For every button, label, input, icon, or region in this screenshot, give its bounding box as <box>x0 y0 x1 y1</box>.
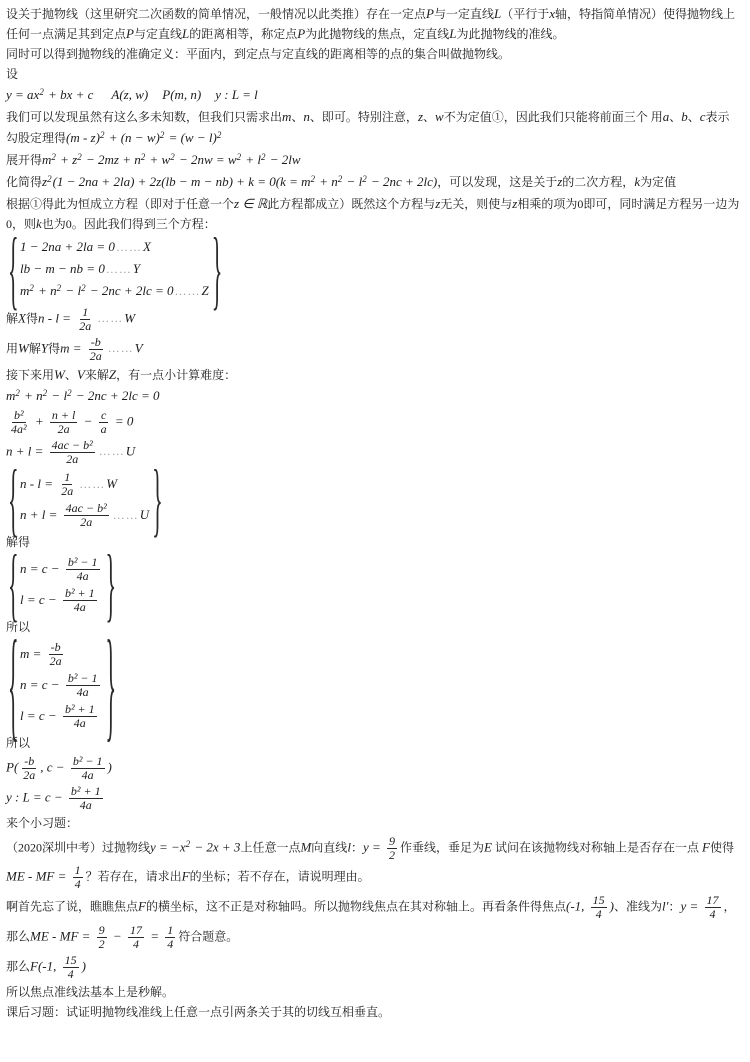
math-run: − <box>80 413 95 428</box>
superscript: 2 <box>39 87 44 97</box>
fraction: 174 <box>128 924 144 951</box>
equation-row: l = c − b² + 14a <box>20 702 103 731</box>
fraction: b² + 14a <box>69 785 103 812</box>
math-run: V <box>77 367 85 382</box>
text-run: 解 <box>29 341 41 355</box>
math-run: m = <box>20 646 45 661</box>
equation-system: {1 − 2na + 2la = 0……Xlb − m − nb = 0……Ym… <box>8 236 221 303</box>
fraction: b² − 14a <box>66 672 100 699</box>
fraction-denominator: 2a <box>56 423 72 436</box>
superscript: 2 <box>362 174 367 184</box>
text-run: 设关于抛物线（这里研究二次函数的简单情况，一般情况以此类推）存在一定点 <box>6 7 426 21</box>
formula-line: y : L = c − b² + 14a <box>6 784 744 813</box>
text-run: ，有一点小计算难度： <box>116 368 236 382</box>
superscript: 2 <box>77 152 82 162</box>
fraction-denominator: 2a <box>21 769 37 782</box>
math-run: + l <box>242 152 261 167</box>
math-run: n = c − <box>20 677 63 692</box>
math-run: ) <box>108 759 112 774</box>
brace-right-icon: } <box>212 225 221 314</box>
formula-line: m2 + n2 − l2 − 2nc + 2lc = 0 <box>6 386 744 407</box>
math-run: W <box>18 340 29 355</box>
fraction-denominator: 4a <box>78 799 94 812</box>
fraction: b²4a² <box>9 409 29 436</box>
equation-row: n + l = 4ac − b²2a……U <box>20 501 149 530</box>
paragraph: 我们可以发现虽然有这么多未知数，但我们只需求出m、n、即可。特别注意，z、w不为… <box>6 107 744 127</box>
ellipsis-dots: …… <box>106 262 132 276</box>
math-run: ME - MF = <box>30 928 94 943</box>
math-run: Z <box>109 367 116 382</box>
math-run: y = <box>363 839 384 854</box>
fraction-numerator: b² + 1 <box>63 587 97 601</box>
equation-row: m2 + n2 − l2 − 2nc + 2lc = 0……Z <box>20 281 209 302</box>
equation-system: {n - l = 12a……Wn + l = 4ac − b²2a……U} <box>8 469 161 531</box>
text-run: ，可以发现，这是关于 <box>437 175 557 189</box>
text-run: 化简得 <box>6 175 42 189</box>
text-run: ？若存在，请求出 <box>86 869 182 883</box>
equation-row: m = -b2a <box>20 640 103 669</box>
math-run: − 2nc + 2lc) <box>368 174 438 189</box>
fraction-denominator: 4a <box>72 717 88 730</box>
fraction-denominator: 4a² <box>9 423 29 436</box>
math-run: − l <box>48 388 67 403</box>
math-run: (-1, <box>566 898 588 913</box>
math-run: m = <box>60 340 85 355</box>
text-run: 与一定直线 <box>434 7 494 21</box>
fraction-numerator: n + l <box>50 409 77 423</box>
math-run: F(-1, <box>30 958 60 973</box>
formula-line: 用W解Y得m = -b2a……V <box>6 335 744 364</box>
math-run: − 2nc + 2lc = 0 <box>73 388 160 403</box>
text-run: 勾股定理得 <box>6 131 66 145</box>
superscript: 2 <box>170 152 175 162</box>
equation-row: lb − m − nb = 0……Y <box>20 259 209 279</box>
fraction-denominator: 4 <box>594 908 604 921</box>
superscript: 2 <box>67 388 72 398</box>
text-run: 、即可。特别注意， <box>310 110 418 124</box>
math-run: P <box>126 26 134 41</box>
math-run: y = ax <box>6 87 39 102</box>
formula-line: y = ax2 + bx + cA(z, w)P(m, n)y : L = l <box>6 85 744 106</box>
fraction-denominator: 2 <box>387 849 397 862</box>
brace-right-icon: } <box>106 624 115 748</box>
fraction-denominator: 4a <box>75 570 91 583</box>
superscript: 2 <box>43 388 48 398</box>
fraction: b² − 14a <box>66 556 100 583</box>
fraction: 14 <box>165 924 175 951</box>
superscript: 2 <box>15 388 20 398</box>
text-run: 那么 <box>6 959 30 973</box>
fraction-denominator: 2 <box>97 938 107 951</box>
text-run: 得 <box>26 311 38 325</box>
ellipsis-dots: …… <box>97 311 123 325</box>
equation-system: {m = -b2an = c − b² − 14al = c − b² + 14… <box>8 639 115 732</box>
fraction-numerator: 17 <box>705 894 721 908</box>
fraction-numerator: c <box>99 409 108 423</box>
text-run: 为此抛物线的准线。 <box>456 27 564 41</box>
math-run: n - l = <box>20 476 56 491</box>
fraction-denominator: 4 <box>131 938 141 951</box>
brace-right-icon: } <box>152 459 161 542</box>
math-run: + n <box>21 388 43 403</box>
fraction-denominator: 4a <box>80 769 96 782</box>
formula-line: 勾股定理得(m - z)2 + (n − w)2 = (w − l)2 <box>6 128 744 149</box>
formula-line: 解X得n - l = 12a……W <box>6 305 744 334</box>
fraction-numerator: 15 <box>591 894 607 908</box>
text-run: 同时可以得到抛物线的准确定义：平面内，到定点与定直线的距离相等的点的集合叫做抛物… <box>6 47 510 61</box>
ellipsis-dots: …… <box>108 341 134 355</box>
math-run: y = <box>681 898 702 913</box>
fraction-denominator: a <box>99 423 109 436</box>
ellipsis-dots: …… <box>99 444 125 458</box>
math-run: l = c − <box>20 708 60 723</box>
fraction: -b2a <box>88 336 104 363</box>
fraction-numerator: 4ac − b² <box>64 502 109 516</box>
superscript: 2 <box>160 130 165 140</box>
fraction: -b2a <box>21 755 37 782</box>
math-run: P <box>426 6 434 21</box>
superscript: 2 <box>261 152 266 162</box>
math-run: y = −x <box>150 839 186 854</box>
math-run: = 0 <box>112 413 134 428</box>
fraction-numerator: 9 <box>387 835 397 849</box>
math-run: l = c − <box>20 592 60 607</box>
paragraph: 设 <box>6 65 744 84</box>
math-run: Y <box>133 261 140 276</box>
fraction-denominator: 4a <box>75 686 91 699</box>
fraction-numerator: 17 <box>128 924 144 938</box>
math-run: − l <box>343 174 362 189</box>
text-run: 来解 <box>85 368 109 382</box>
brace-left-icon: { <box>8 225 17 314</box>
math-run: M <box>300 839 311 854</box>
superscript: 2 <box>51 152 56 162</box>
text-run: 的二次方程， <box>562 175 634 189</box>
formula-line: 展开得m2 + z2 − 2mz + n2 + w2 − 2nw = w2 + … <box>6 150 744 171</box>
paragraph: 那么ME - MF = 92 − 174 = 14符合题意。 <box>6 923 744 952</box>
text-run: 设 <box>6 67 18 81</box>
fraction-denominator: 4 <box>73 878 83 891</box>
fraction: 14 <box>73 864 83 891</box>
paragraph: 根据①得此为恒成立方程（即对于任意一个z ∈ ℝ此方程都成立）既然这个方程与z无… <box>6 194 744 234</box>
text-run: 无关，则使与 <box>440 197 512 211</box>
equation-row: 1 − 2na + 2la = 0……X <box>20 237 209 257</box>
fraction: 4ac − b²2a <box>64 502 109 529</box>
text-run: 、 <box>688 110 700 124</box>
superscript: 2 <box>237 152 242 162</box>
math-run: n + l = <box>20 507 61 522</box>
text-run: 得 <box>48 341 60 355</box>
fraction-numerator: b² − 1 <box>71 755 105 769</box>
equation-system: {n = c − b² − 14al = c − b² + 14a} <box>8 554 115 616</box>
math-run: − 2nw = w <box>176 152 237 167</box>
system-rows: m = -b2an = c − b² − 14al = c − b² + 14a <box>17 639 106 732</box>
fraction-numerator: 9 <box>97 924 107 938</box>
math-run: − 2nc + 2lc = 0 <box>87 283 174 298</box>
math-run: + <box>32 413 47 428</box>
equation-row: n = c − b² − 14a <box>20 671 103 700</box>
text-run: 此方程都成立）既然这个方程与 <box>267 197 435 211</box>
fraction-numerator: -b <box>22 755 36 769</box>
math-run: A(z, w) <box>111 87 148 102</box>
text-run: ： <box>668 899 680 913</box>
math-run: + n <box>35 283 57 298</box>
fraction-numerator: b² − 1 <box>66 672 100 686</box>
math-run: − 2x + 3 <box>191 839 240 854</box>
math-run: m <box>20 283 29 298</box>
fraction: -b2a <box>48 641 64 668</box>
math-run: − 2lw <box>266 152 300 167</box>
paragraph: 啊首先忘了说，瞧瞧焦点F的横坐标，这不正是对称轴吗。所以抛物线焦点在其对称轴上。… <box>6 893 744 922</box>
math-run: y : L = l <box>215 87 257 102</box>
text-run: 试问在该抛物线对称轴上是否存在一点 <box>492 840 702 854</box>
fraction-denominator: 4a <box>72 601 88 614</box>
text-run: 符合题意。 <box>178 929 238 943</box>
fraction-denominator: 4 <box>66 968 76 981</box>
fraction: 12a <box>59 471 75 498</box>
paragraph: 设关于抛物线（这里研究二次函数的简单情况，一般情况以此类推）存在一定点P与一定直… <box>6 4 744 44</box>
equation-row: n = c − b² − 14a <box>20 555 103 584</box>
system-rows: 1 − 2na + 2la = 0……Xlb − m − nb = 0……Ym2… <box>17 236 212 303</box>
math-run: P(m, n) <box>162 87 201 102</box>
superscript: 2 <box>141 152 146 162</box>
fraction-numerator: b² + 1 <box>63 703 97 717</box>
fraction: b² + 14a <box>63 587 97 614</box>
text-run: 接下来用 <box>6 368 54 382</box>
math-run: U <box>140 507 149 522</box>
superscript: 2 <box>29 283 34 293</box>
ellipsis-dots: …… <box>175 284 201 298</box>
math-run: + (n − w) <box>105 130 159 145</box>
math-run: F <box>182 868 190 883</box>
system-rows: n = c − b² − 14al = c − b² + 14a <box>17 554 106 616</box>
text-run: 向直线 <box>311 840 347 854</box>
math-run: ME - MF = <box>6 868 70 883</box>
formula-line: n + l = 4ac − b²2a……U <box>6 438 744 467</box>
fraction: n + l2a <box>50 409 77 436</box>
math-run: m <box>42 152 51 167</box>
fraction-numerator: b² − 1 <box>66 556 100 570</box>
brace-left-icon: { <box>8 459 17 542</box>
fraction-denominator: 2a <box>88 350 104 363</box>
formula-line: P(-b2a, c − b² − 14a) <box>6 754 744 783</box>
fraction: ca <box>99 409 109 436</box>
math-run: W <box>106 476 117 491</box>
text-run: 所以焦点准线法基本上是秒解。 <box>6 985 174 999</box>
math-run: y : L = c − <box>6 789 66 804</box>
fraction: b² − 14a <box>71 755 105 782</box>
fraction-numerator: b² <box>12 409 26 423</box>
math-run: − l <box>62 283 81 298</box>
text-run: 根据①得此为恒成立方程（即对于任意一个 <box>6 197 234 211</box>
paragraph: 课后习题：试证明抛物线准线上任意一点引两条关于其的切线互相垂直。 <box>6 1003 744 1022</box>
math-run: + w <box>146 152 170 167</box>
math-run: m <box>6 388 15 403</box>
math-run: n = c − <box>20 561 63 576</box>
superscript: 2 <box>338 174 343 184</box>
system-rows: n - l = 12a……Wn + l = 4ac − b²2a……U <box>17 469 152 531</box>
paragraph: 所以焦点准线法基本上是秒解。 <box>6 983 744 1002</box>
ellipsis-dots: …… <box>79 477 105 491</box>
math-run: X <box>18 310 26 325</box>
fraction: 174 <box>705 894 721 921</box>
paragraph: 那么F(-1, 154) <box>6 953 744 982</box>
math-run: 1 − 2na + 2la = 0 <box>20 239 115 254</box>
math-run: ) <box>82 958 86 973</box>
text-run: 也为0。因此我们得到三个方程： <box>42 217 216 231</box>
superscript: 2 <box>47 174 52 184</box>
math-run: U <box>126 443 135 458</box>
fraction-denominator: 2a <box>78 516 94 529</box>
math-run: W <box>124 310 135 325</box>
math-run: + n <box>316 174 338 189</box>
text-run: 上任意一点 <box>240 840 300 854</box>
math-run: m <box>282 109 291 124</box>
superscript: 2 <box>57 283 62 293</box>
fraction-numerator: 1 <box>165 924 175 938</box>
math-run: + z <box>57 152 77 167</box>
superscript: 2 <box>217 130 222 140</box>
math-run: Z <box>202 283 209 298</box>
fraction: 4ac − b²2a <box>50 439 95 466</box>
text-run: 使得 <box>710 840 734 854</box>
text-run: 、准线为 <box>614 899 662 913</box>
text-run: 为此抛物线的焦点，定直线 <box>305 27 449 41</box>
math-run: + bx + c <box>45 87 94 102</box>
math-run: P( <box>6 759 18 774</box>
paragraph: 解得 <box>6 533 744 552</box>
fraction: 92 <box>97 924 107 951</box>
text-run: ： <box>351 840 363 854</box>
paragraph: 同时可以得到抛物线的准确定义：平面内，到定点与定直线的距离相等的点的集合叫做抛物… <box>6 45 744 64</box>
fraction-denominator: 2a <box>59 485 75 498</box>
ellipsis-dots: …… <box>113 508 139 522</box>
text-run: 作垂线，垂足为 <box>400 840 484 854</box>
text-run: 用 <box>6 341 18 355</box>
math-run: − 2mz + n <box>83 152 141 167</box>
text-run: 为定值 <box>640 175 676 189</box>
paragraph: 所以 <box>6 734 744 753</box>
math-run: z ∈ ℝ <box>234 196 267 211</box>
math-run: V <box>135 340 143 355</box>
text-run: 、 <box>65 368 77 382</box>
fraction-numerator: -b <box>49 641 63 655</box>
brace-left-icon: { <box>8 624 17 748</box>
text-run: 我们可以发现虽然有这么多未知数，但我们只需求出 <box>6 110 282 124</box>
math-run: F <box>702 839 710 854</box>
fraction-denominator: 4 <box>165 938 175 951</box>
text-run: 的坐标；若不存在，请说明理由。 <box>190 869 370 883</box>
fraction-denominator: 2a <box>48 655 64 668</box>
superscript: 2 <box>311 174 316 184</box>
fraction-numerator: 1 <box>73 864 83 878</box>
formula-line: b²4a² + n + l2a − ca = 0 <box>6 408 744 437</box>
text-run: 与定直线 <box>134 27 182 41</box>
math-run: n - l = <box>38 310 74 325</box>
fraction: 154 <box>591 894 607 921</box>
text-run: 课后习题：试证明抛物线准线上任意一点引两条关于其的切线互相垂直。 <box>6 1005 390 1019</box>
fraction-numerator: 1 <box>62 471 72 485</box>
math-run: P <box>297 26 305 41</box>
document-page: 设关于抛物线（这里研究二次函数的简单情况，一般情况以此类推）存在一定点P与一定直… <box>0 0 750 1062</box>
math-run: = <box>147 928 162 943</box>
paragraph: 所以 <box>6 618 744 637</box>
math-run: − <box>110 928 125 943</box>
equation-row: l = c − b² + 14a <box>20 586 103 615</box>
text-run: 的横坐标，这不正是对称轴吗。所以抛物线焦点在其对称轴上。再看条件得焦点 <box>146 899 566 913</box>
formula-line: 化简得z2(1 − 2na + 2la) + 2z(lb − m − nb) +… <box>6 172 744 193</box>
text-run: 、 <box>423 110 435 124</box>
text-run: 那么 <box>6 929 30 943</box>
text-run: 啊首先忘了说，瞧瞧焦点 <box>6 899 138 913</box>
fraction: b² + 14a <box>63 703 97 730</box>
superscript: 2 <box>81 283 86 293</box>
math-run: w <box>435 109 444 124</box>
math-run: F <box>138 898 146 913</box>
superscript: 2 <box>100 130 105 140</box>
text-run: 不为定值①，因此我们只能将前面三个 用 <box>444 110 663 124</box>
ellipsis-dots: …… <box>116 240 142 254</box>
math-run: (1 − 2na + 2la) + 2z(lb − m − nb) + k = … <box>53 174 311 189</box>
fraction-numerator: 1 <box>80 306 90 320</box>
math-run: , c − <box>40 759 68 774</box>
paragraph: （2020深圳中考）过抛物线y = −x2 − 2x + 3上任意一点M向直线l… <box>6 834 744 892</box>
equation-row: n - l = 12a……W <box>20 470 149 499</box>
text-run: 来个小习题： <box>6 816 78 830</box>
text-run: 展开得 <box>6 153 42 167</box>
math-run: (m - z) <box>66 130 100 145</box>
fraction-numerator: b² + 1 <box>69 785 103 799</box>
math-run: W <box>54 367 65 382</box>
text-run: 、 <box>291 110 303 124</box>
fraction-denominator: 2a <box>77 320 93 333</box>
math-run: E <box>484 839 492 854</box>
fraction-numerator: 4ac − b² <box>50 439 95 453</box>
fraction-numerator: 15 <box>63 954 79 968</box>
fraction-denominator: 4 <box>708 908 718 921</box>
math-run: lb − m − nb = 0 <box>20 261 105 276</box>
text-run: 表示 <box>706 110 730 124</box>
fraction-denominator: 2a <box>64 453 80 466</box>
fraction: 12a <box>77 306 93 333</box>
text-run: 、 <box>669 110 681 124</box>
math-run: = (w − l) <box>165 130 217 145</box>
text-run: 的距离相等，称定点 <box>189 27 297 41</box>
fraction: 92 <box>387 835 397 862</box>
fraction: 154 <box>63 954 79 981</box>
paragraph: 接下来用W、V来解Z，有一点小计算难度： <box>6 365 744 385</box>
superscript: 2 <box>186 839 191 849</box>
text-run: （平行于 <box>501 7 549 21</box>
paragraph: 来个小习题： <box>6 814 744 833</box>
fraction-numerator: -b <box>89 336 103 350</box>
text-run: ， <box>724 899 736 913</box>
text-run: （2020深圳中考）过抛物线 <box>6 840 150 854</box>
math-run: X <box>143 239 151 254</box>
